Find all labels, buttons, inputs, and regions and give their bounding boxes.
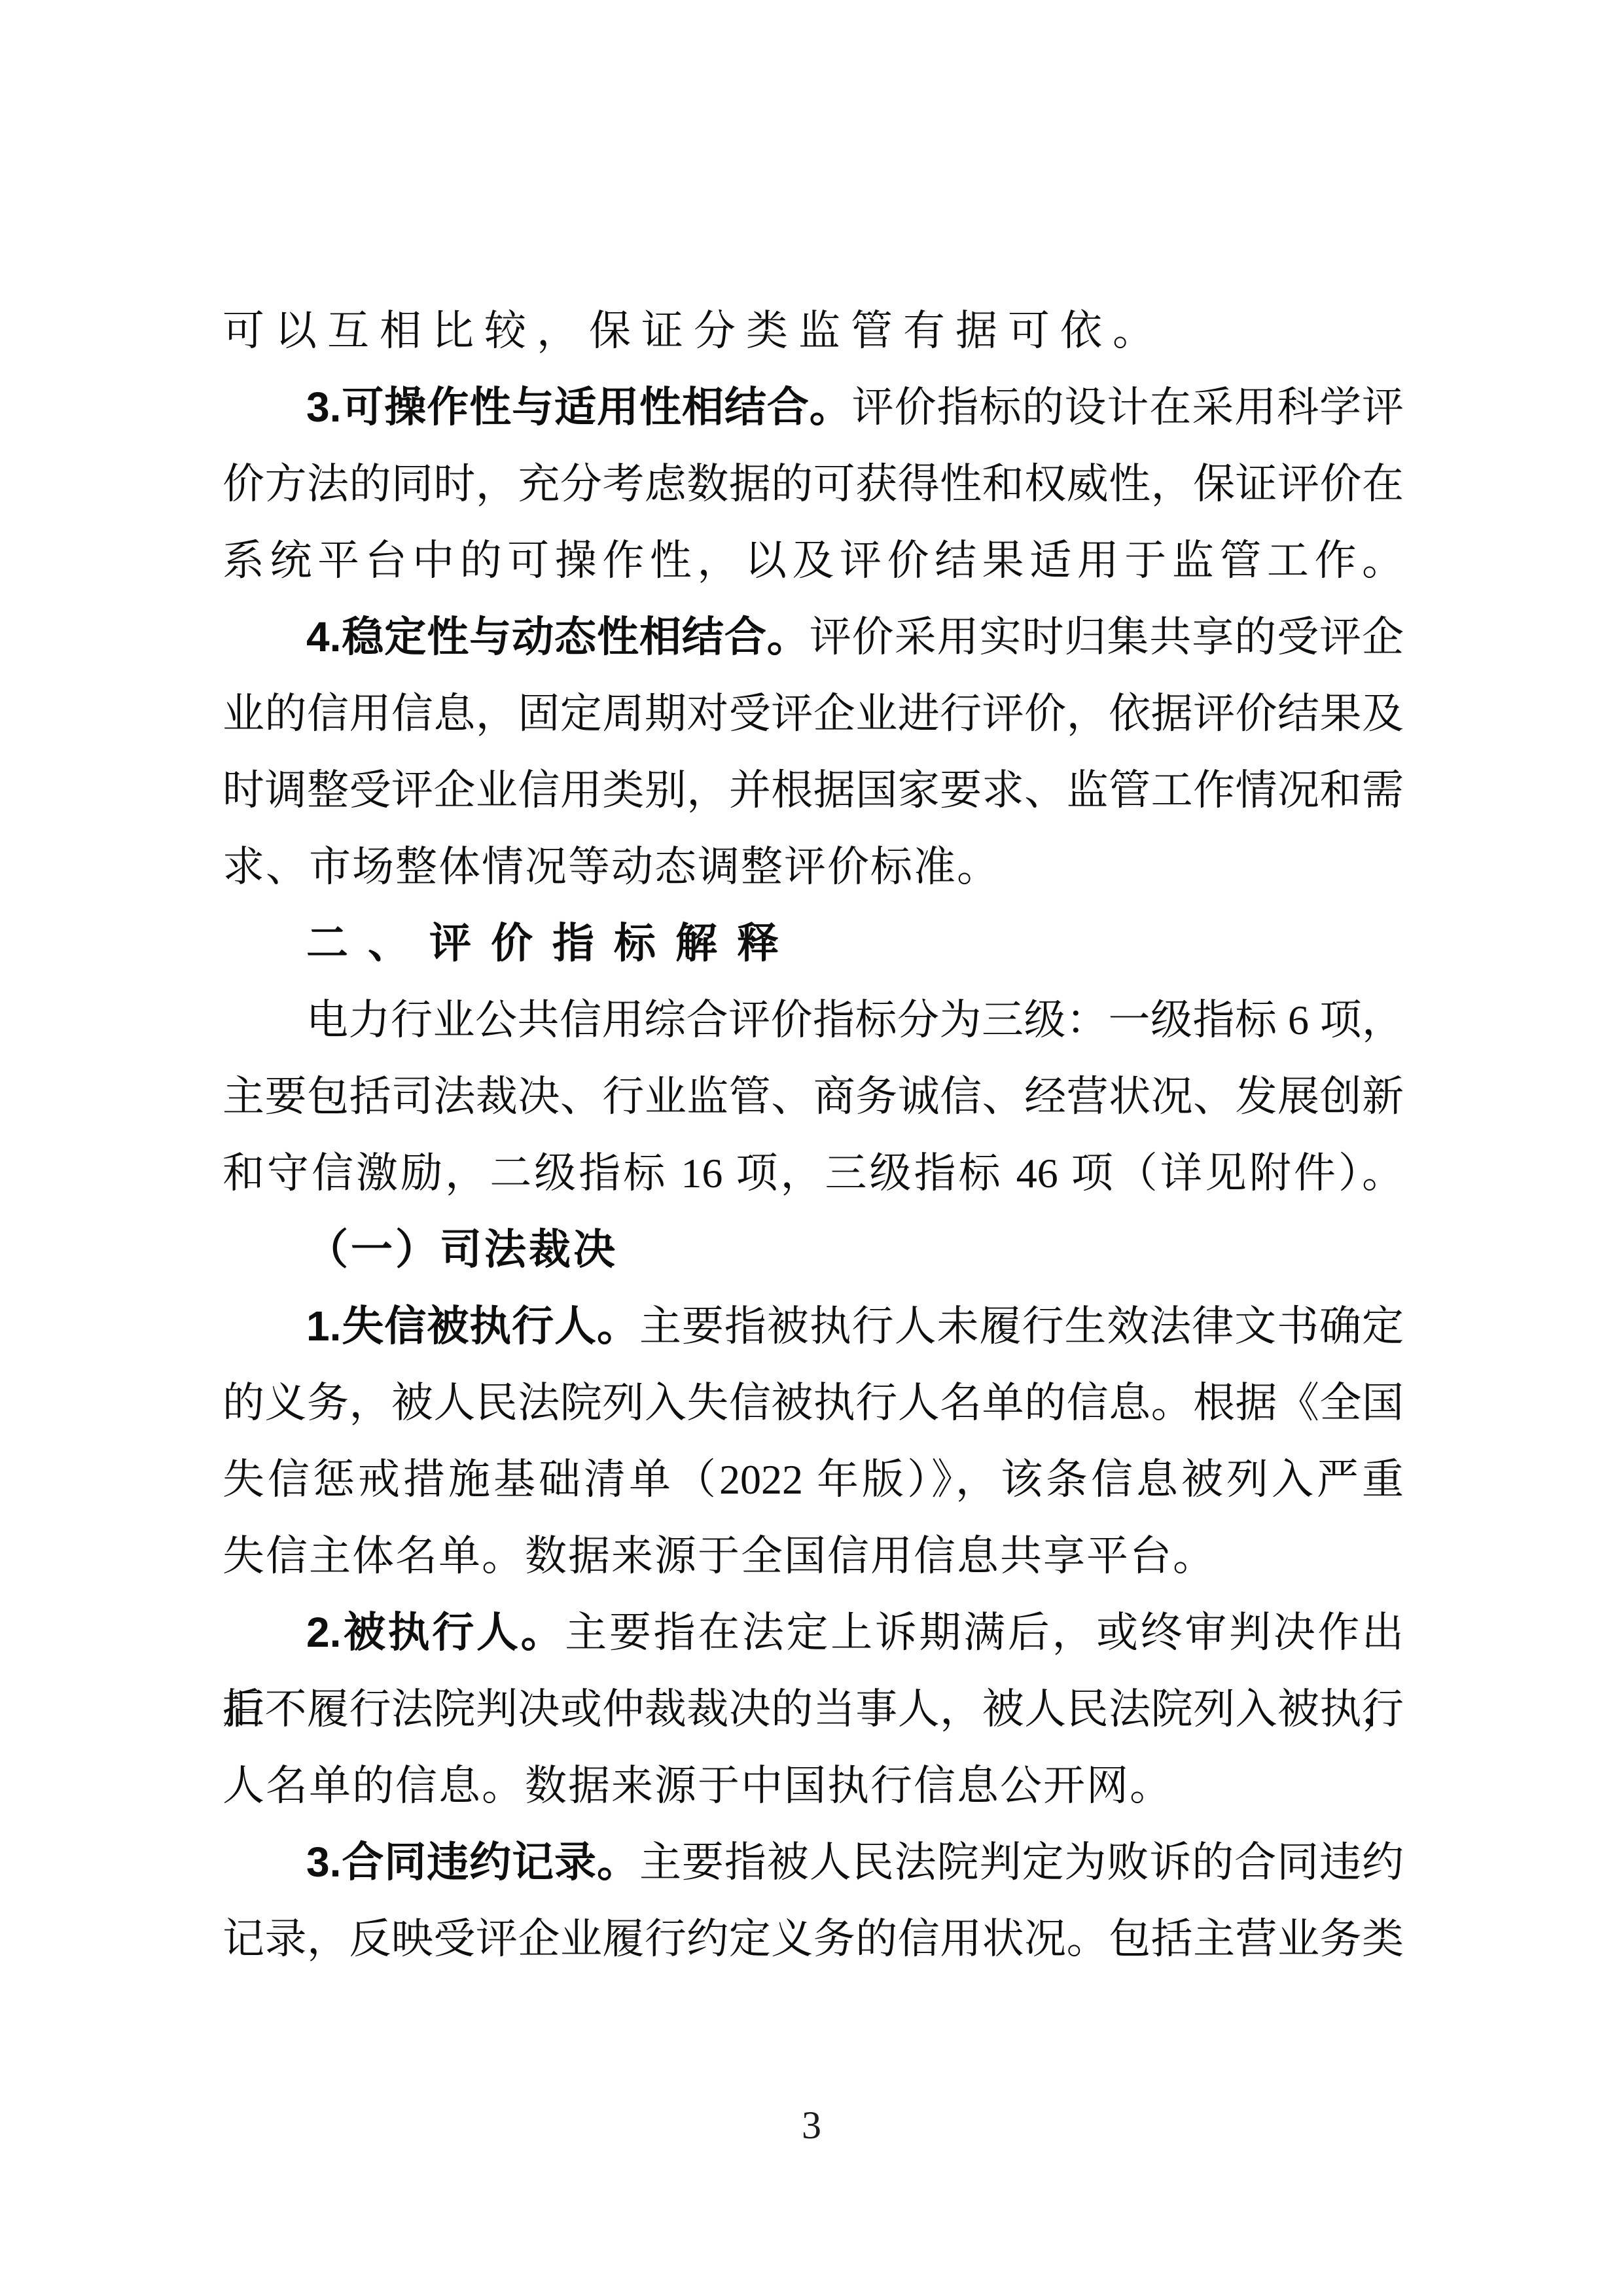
text-line: 时调整受评企业信用类别，并根据国家要求、监管工作情况和需 [223, 752, 1404, 829]
body-text: 和守信激励，二级指标 16 项，三级指标 46 项（详见附件）。 [223, 1150, 1404, 1196]
bold-lead-text: 1.失信被执行人。 [306, 1302, 639, 1350]
body-text: 失信主体名单。数据来源于全国信用信息共享平台。 [223, 1533, 1216, 1579]
text-line: 业的信用信息，固定周期对受评企业进行评价，依据评价结果及 [223, 675, 1404, 752]
text-line: 的义务，被人民法院列入失信被执行人名单的信息。根据《全国 [223, 1365, 1404, 1441]
text-line: 求、市场整体情况等动态调整评价标准。 [223, 829, 1404, 905]
body-text: 业的信用信息，固定周期对受评企业进行评价，依据评价结果及 [223, 691, 1404, 737]
text-line: 和守信激励，二级指标 16 项，三级指标 46 项（详见附件）。 [223, 1135, 1404, 1211]
text-line: 1.失信被执行人。主要指被执行人未履行生效法律文书确定 [223, 1288, 1404, 1365]
body-text: 失信惩戒措施基础清单（2022 年版）》，该条信息被列入严重 [223, 1456, 1404, 1503]
body-text: 主要指被人民法院判定为败诉的合同违约 [639, 1839, 1404, 1886]
body-text: 主要指被执行人未履行生效法律文书确定 [639, 1303, 1404, 1350]
bold-lead-text: 2.被执行人。 [306, 1609, 565, 1656]
body-text: 价方法的同时，充分考虑数据的可获得性和权威性，保证评价在 [223, 461, 1404, 507]
document-page: 可以互相比较，保证分类监管有据可依。3.可操作性与适用性相结合。评价指标的设计在… [0, 0, 1623, 2296]
page-number: 3 [0, 2102, 1623, 2149]
section-heading: 二、评价指标解释 [223, 905, 1404, 982]
text-line: 可以互相比较，保证分类监管有据可依。 [223, 293, 1404, 369]
body-text: 可以互相比较，保证分类监管有据可依。 [223, 308, 1165, 354]
body-text: 系统平台中的可操作性，以及评价结果适用于监管工作。 [223, 537, 1404, 584]
text-line: 拒不履行法院判决或仲裁裁决的当事人，被人民法院列入被执行 [223, 1671, 1404, 1748]
section-heading: （一）司法裁决 [223, 1211, 1404, 1288]
text-line: 电力行业公共信用综合评价指标分为三级：一级指标 6 项， [223, 982, 1404, 1058]
text-line: 失信主体名单。数据来源于全国信用信息共享平台。 [223, 1518, 1404, 1594]
bold-lead-text: 3.合同违约记录。 [306, 1839, 639, 1886]
body-text: 人名单的信息。数据来源于中国执行信息公开网。 [223, 1763, 1173, 1809]
text-line: 4.稳定性与动态性相结合。评价采用实时归集共享的受评企 [223, 599, 1404, 675]
bold-lead-text: （一）司法裁决 [306, 1226, 618, 1273]
bold-lead-text: 3.可操作性与适用性相结合。 [306, 384, 852, 431]
text-line: 主要包括司法裁决、行业监管、商务诚信、经营状况、发展创新 [223, 1058, 1404, 1135]
text-line: 3.合同违约记录。主要指被人民法院判定为败诉的合同违约 [223, 1824, 1404, 1901]
body-text: 主要包括司法裁决、行业监管、商务诚信、经营状况、发展创新 [223, 1073, 1404, 1120]
body-text: 拒不履行法院判决或仲裁裁决的当事人，被人民法院列入被执行 [223, 1686, 1404, 1732]
body-text: 评价采用实时归集共享的受评企 [810, 614, 1404, 660]
bold-lead-text: 二、评价指标解释 [306, 920, 798, 967]
body-text: 的义务，被人民法院列入失信被执行人名单的信息。根据《全国 [223, 1380, 1404, 1426]
document-body: 可以互相比较，保证分类监管有据可依。3.可操作性与适用性相结合。评价指标的设计在… [223, 293, 1404, 1977]
body-text: 记录，反映受评企业履行约定义务的信用状况。包括主营业务类 [223, 1916, 1404, 1962]
body-text: 求、市场整体情况等动态调整评价标准。 [223, 844, 1000, 890]
text-line: 3.可操作性与适用性相结合。评价指标的设计在采用科学评 [223, 369, 1404, 446]
body-text: 评价指标的设计在采用科学评 [852, 384, 1404, 431]
text-line: 系统平台中的可操作性，以及评价结果适用于监管工作。 [223, 522, 1404, 599]
text-line: 失信惩戒措施基础清单（2022 年版）》，该条信息被列入严重 [223, 1441, 1404, 1518]
text-line: 人名单的信息。数据来源于中国执行信息公开网。 [223, 1748, 1404, 1824]
bold-lead-text: 4.稳定性与动态性相结合。 [306, 613, 810, 660]
text-line: 记录，反映受评企业履行约定义务的信用状况。包括主营业务类 [223, 1901, 1404, 1977]
body-text: 电力行业公共信用综合评价指标分为三级：一级指标 6 项， [306, 997, 1404, 1043]
text-line: 价方法的同时，充分考虑数据的可获得性和权威性，保证评价在 [223, 446, 1404, 522]
body-text: 时调整受评企业信用类别，并根据国家要求、监管工作情况和需 [223, 767, 1404, 814]
text-line: 2.被执行人。主要指在法定上诉期满后，或终审判决作出后， [223, 1594, 1404, 1671]
